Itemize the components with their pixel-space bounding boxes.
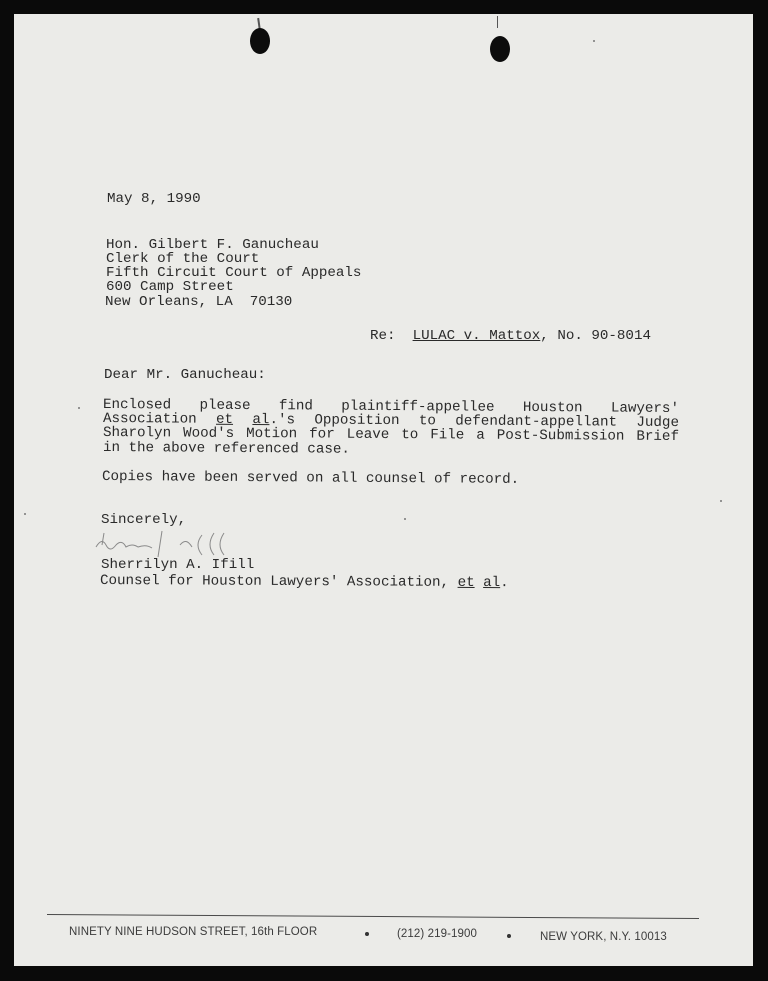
- copies-note: Copies have been served on all counsel o…: [102, 470, 519, 487]
- footer-address: NINETY NINE HUDSON STREET, 16th FLOOR: [69, 926, 317, 938]
- recipient-line: Clerk of the Court: [106, 252, 259, 266]
- case-name: LULAC v. Mattox: [413, 328, 541, 344]
- speck: [78, 407, 80, 409]
- footer-phone: (212) 219-1900: [397, 928, 477, 940]
- speck: [593, 40, 595, 42]
- recipient-line: Fifth Circuit Court of Appeals: [106, 266, 361, 280]
- punch-hole-mark: [497, 16, 498, 28]
- speck: [24, 513, 26, 515]
- footer-bullet: [507, 934, 511, 938]
- signature: [92, 525, 292, 561]
- speck: [720, 500, 722, 502]
- recipient-line: Hon. Gilbert F. Ganucheau: [106, 238, 319, 252]
- footer-bullet: [365, 932, 369, 936]
- signer-title: Counsel for Houston Lawyers' Association…: [100, 574, 509, 590]
- re-label: Re:: [370, 328, 396, 344]
- re-line: Re: LULAC v. Mattox, No. 90-8014: [370, 329, 651, 343]
- letter-page: [14, 14, 753, 966]
- salutation: Dear Mr. Ganucheau:: [104, 368, 266, 382]
- speck: [404, 518, 406, 520]
- letter-date: May 8, 1990: [107, 192, 201, 206]
- punch-hole-right: [490, 36, 510, 62]
- recipient-line: New Orleans, LA 70130: [105, 295, 292, 309]
- footer-city: NEW YORK, N.Y. 10013: [540, 931, 667, 943]
- body-line: in the above referenced case.: [103, 441, 350, 457]
- punch-hole-left: [250, 28, 270, 54]
- signer-name: Sherrilyn A. Ifill: [101, 558, 254, 572]
- case-number: , No. 90-8014: [540, 328, 651, 344]
- recipient-line: 600 Camp Street: [106, 280, 234, 294]
